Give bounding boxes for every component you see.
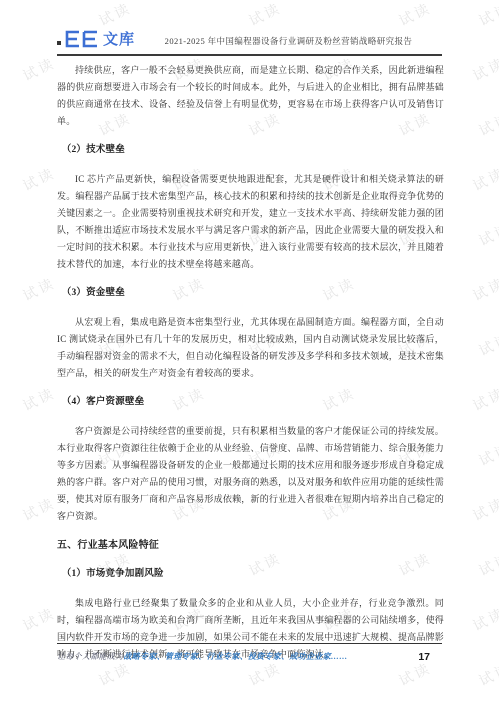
chapter-heading-risk: 五、行业基本风险特征 (57, 537, 444, 554)
publisher-logo: 文库 (57, 28, 135, 49)
footer-slogan: 让每个人都能成为战略专家、管理专家、行业专家、投资专家、成功企业家…… (57, 651, 348, 662)
logo-dot-icon (57, 41, 61, 45)
watermark-stamp: 试读 (475, 218, 499, 251)
page-footer: 让每个人都能成为战略专家、管理专家、行业专家、投资专家、成功企业家…… 17 (57, 643, 442, 663)
page-header: 文库 2021-2025 年中国编程器设备行业调研及粉丝营销战略研究报告 (57, 28, 442, 56)
watermark-stamp: 试读 (469, 53, 499, 86)
watermark-stamp: 试读 (19, 163, 58, 196)
paragraph-customer-barrier: 客户资源是公司持续经营的重要前提，只有积累相当数量的客户才能保证公司的持续发展。… (57, 423, 444, 525)
heading-tech-barrier: （2）技术壁垒 (57, 142, 444, 159)
page-number: 17 (418, 651, 430, 663)
heading-customer-barrier: （4）客户资源壁垒 (57, 394, 444, 411)
watermark-stamp: 试读 (469, 493, 499, 526)
watermark-stamp: 试读 (475, 328, 499, 361)
watermark-stamp: 试读 (475, 0, 499, 30)
document-page: 试读试读试读试读试读试读试读试读试读试读试读试读试读试读试读试读试读试读试读试读… (0, 0, 499, 706)
watermark-stamp: 试读 (395, 0, 434, 30)
slogan-highlight: 战略专家、管理专家、行业专家、投资专家、成功企业家…… (123, 652, 347, 661)
paragraph-capital-barrier: 从宏观上看，集成电路是资本密集型行业，尤其体现在晶圆制造方面。编程器方面，全自动… (57, 314, 444, 382)
watermark-stamp: 试读 (469, 273, 499, 306)
heading-capital-barrier: （3）资金壁垒 (57, 285, 444, 302)
report-title: 2021-2025 年中国编程器设备行业调研及粉丝营销战略研究报告 (135, 35, 442, 49)
watermark-stamp: 试读 (469, 603, 499, 636)
watermark-stamp: 试读 (475, 658, 499, 691)
slogan-prefix: 让每个人都能成为 (57, 652, 123, 661)
watermark-stamp: 试读 (19, 493, 58, 526)
watermark-stamp: 试读 (19, 53, 58, 86)
document-body: 持续供应，客户一般不会轻易更换供应商，而是建立长期、稳定的合作关系，因此新进编程… (57, 62, 444, 673)
watermark-stamp: 试读 (475, 548, 499, 581)
logo-ee-icon (64, 30, 99, 48)
watermark-stamp: 试读 (475, 108, 499, 141)
heading-competition-risk: （1）市场竞争加剧风险 (57, 566, 444, 583)
watermark-stamp: 试读 (95, 0, 134, 30)
watermark-stamp: 试读 (19, 273, 58, 306)
watermark-stamp: 试读 (19, 383, 58, 416)
watermark-stamp: 试读 (469, 163, 499, 196)
intro-paragraph: 持续供应，客户一般不会轻易更换供应商，而是建立长期、稳定的合作关系，因此新进编程… (57, 62, 444, 130)
watermark-stamp: 试读 (245, 0, 284, 30)
watermark-stamp: 试读 (19, 603, 58, 636)
paragraph-tech-barrier: IC 芯片产品更新快，编程设备需要更快地跟进配套，尤其是硬件设计和相关烧录算法的… (57, 171, 444, 273)
watermark-stamp: 试读 (475, 438, 499, 471)
watermark-stamp: 试读 (469, 383, 499, 416)
logo-text: 文库 (103, 28, 135, 49)
